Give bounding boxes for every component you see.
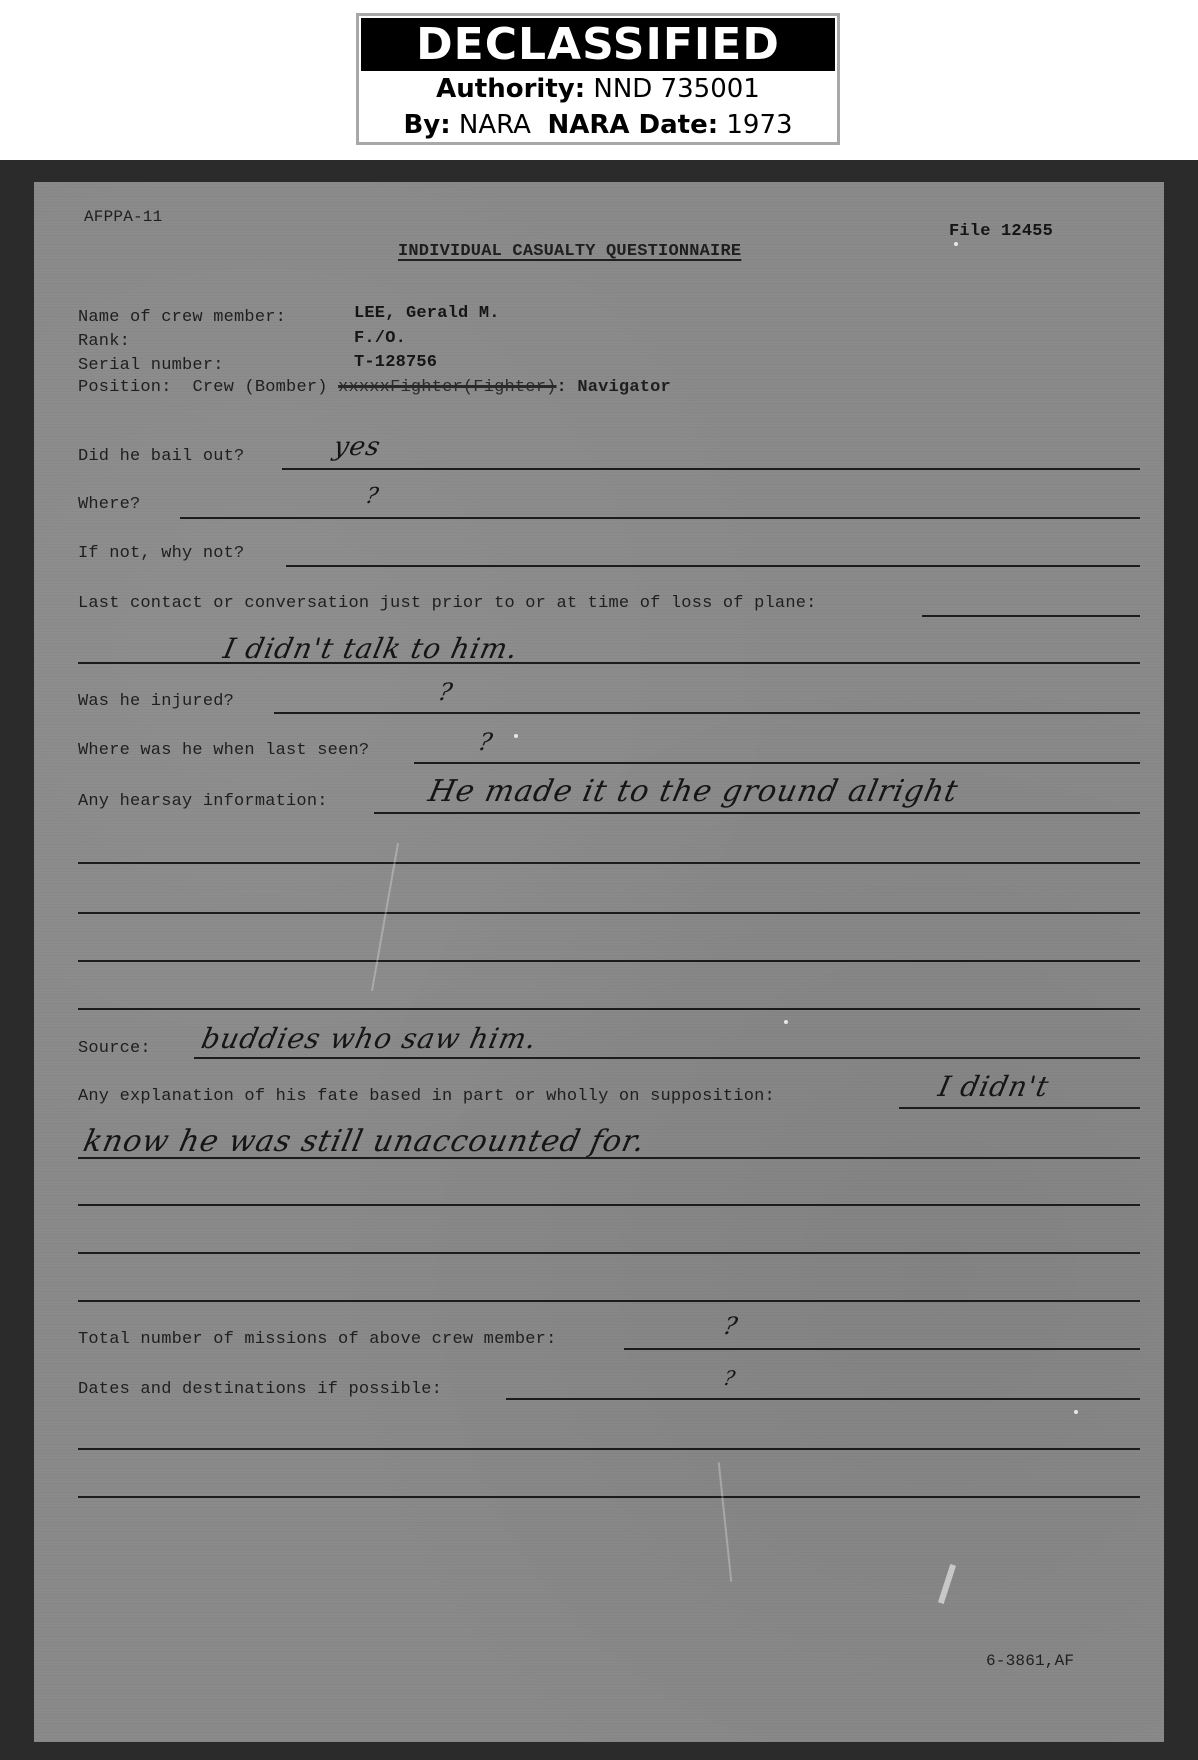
by-value: NARA (459, 110, 531, 140)
question-where: Where? (78, 495, 140, 514)
answer-dates: ? (721, 1366, 738, 1390)
answer-line (506, 1398, 1140, 1400)
name-label: Name of crew member: (78, 308, 286, 327)
date-label: NARA Date: (547, 110, 718, 140)
speck (1074, 1410, 1078, 1414)
answer-bail-out: yes (331, 432, 384, 462)
position-value: : Navigator (557, 378, 671, 397)
position-line: Position: Crew (Bomber) xxxxxFighter(Fig… (78, 378, 671, 397)
file-label: File (949, 222, 991, 241)
authority-value: NND 735001 (593, 74, 759, 104)
file-number: 12455 (1001, 222, 1053, 241)
footer-form-code: 6-3861,AF (986, 1652, 1074, 1670)
answer-line (78, 1008, 1140, 1010)
answer-line (78, 1496, 1140, 1498)
answer-line (78, 662, 1140, 664)
stamp-title: DECLASSIFIED (361, 18, 835, 71)
answer-line (78, 960, 1140, 962)
speck (514, 734, 518, 738)
position-prefix: Crew (Bomber) (192, 378, 327, 397)
answer-line (194, 1057, 1140, 1059)
question-injured: Was he injured? (78, 692, 234, 711)
answer-line (78, 1448, 1140, 1450)
question-last-contact: Last contact or conversation just prior … (78, 594, 817, 613)
answer-line (282, 468, 1140, 470)
answer-line (78, 1204, 1140, 1206)
answer-explanation-line1: I didn't (935, 1070, 1052, 1103)
answer-injured: ? (436, 678, 456, 706)
answer-line (274, 712, 1140, 714)
serial-value: T-128756 (354, 353, 437, 372)
answer-last-contact: I didn't talk to him. (220, 632, 521, 665)
answer-line (374, 812, 1140, 814)
answer-line (78, 862, 1140, 864)
form-code: AFPPA-11 (84, 208, 162, 226)
scanned-page: AFPPA-11 INDIVIDUAL CASUALTY QUESTIONNAI… (0, 160, 1198, 1760)
question-explanation: Any explanation of his fate based in par… (78, 1087, 775, 1106)
name-value: LEE, Gerald M. (354, 304, 500, 323)
answer-explanation-line2: know he was still unaccounted for. (80, 1124, 648, 1159)
date-value: 1973 (726, 110, 792, 140)
stamp-by-date: By: NARA NARA Date: 1973 (359, 107, 837, 143)
answer-last-seen: ? (476, 728, 496, 756)
question-hearsay: Any hearsay information: (78, 792, 328, 811)
file-number-line: File 12455 (949, 222, 1053, 241)
question-last-seen: Where was he when last seen? (78, 741, 369, 760)
position-struck-text: xxxxxFighter(Fighter) (338, 378, 556, 397)
answer-hearsay: He made it to the ground alright (425, 774, 961, 809)
speck (784, 1020, 788, 1024)
answer-missions: ? (721, 1312, 741, 1340)
question-if-not: If not, why not? (78, 544, 244, 563)
answer-line (414, 762, 1140, 764)
rank-value: F./O. (354, 329, 406, 348)
questionnaire-paper: AFPPA-11 INDIVIDUAL CASUALTY QUESTIONNAI… (34, 182, 1164, 1742)
question-dates: Dates and destinations if possible: (78, 1380, 442, 1399)
rank-label: Rank: (78, 332, 130, 351)
answer-line (922, 615, 1140, 617)
answer-line (624, 1348, 1140, 1350)
authority-label: Authority: (436, 74, 585, 104)
serial-label: Serial number: (78, 356, 224, 375)
stamp-authority: Authority: NND 735001 (359, 71, 837, 107)
answer-line (78, 1300, 1140, 1302)
answer-source: buddies who saw him. (198, 1022, 540, 1055)
answer-line (78, 1252, 1140, 1254)
by-label: By: (403, 110, 450, 140)
speck (954, 242, 958, 246)
question-source: Source: (78, 1039, 151, 1058)
answer-line (78, 912, 1140, 914)
scratch-mark (938, 1564, 956, 1604)
position-label: Position: (78, 378, 172, 397)
scratch-mark (371, 843, 399, 991)
answer-line (180, 517, 1140, 519)
question-missions: Total number of missions of above crew m… (78, 1330, 556, 1349)
answer-line (286, 565, 1140, 567)
answer-where: ? (363, 484, 381, 509)
scratch-mark (718, 1462, 733, 1582)
answer-line (78, 1157, 1140, 1159)
answer-line (899, 1107, 1140, 1109)
form-title: INDIVIDUAL CASUALTY QUESTIONNAIRE (398, 242, 741, 261)
declassified-stamp: DECLASSIFIED Authority: NND 735001 By: N… (356, 13, 840, 145)
question-bail-out: Did he bail out? (78, 447, 244, 466)
